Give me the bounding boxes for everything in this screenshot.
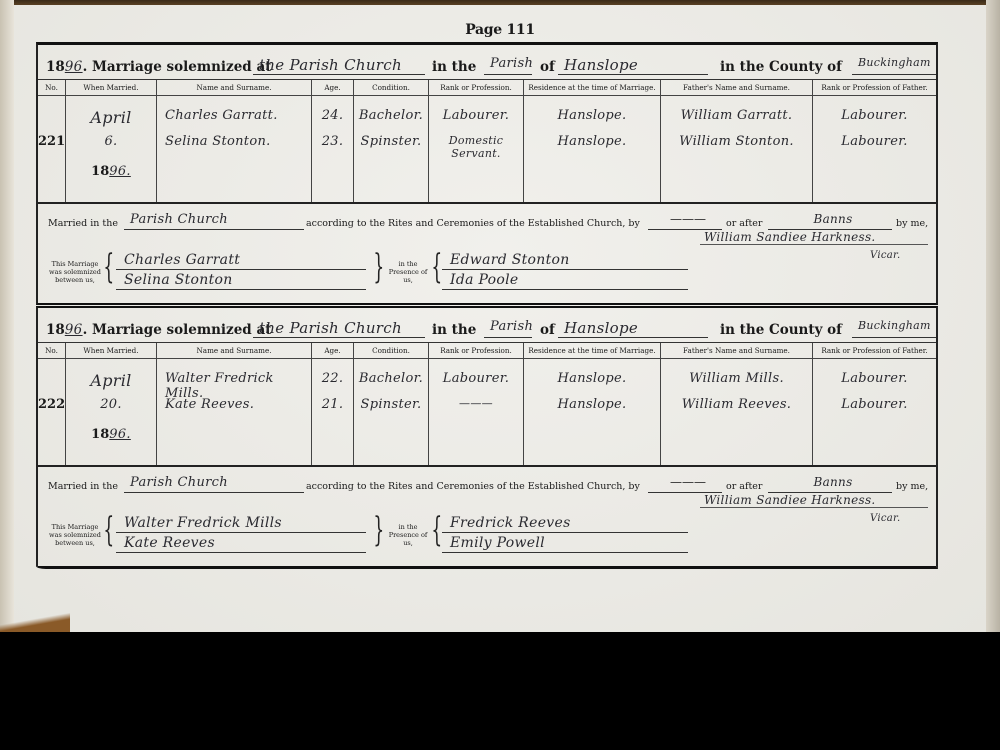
marriage-day: 20. bbox=[66, 397, 156, 412]
bride-name: Selina Stonton. bbox=[157, 134, 311, 149]
brace-left: { bbox=[103, 250, 114, 284]
groom-father: William Mills. bbox=[661, 371, 812, 386]
column-header: Father's Name and Surname. bbox=[661, 343, 812, 359]
column-number: No. 221 bbox=[38, 80, 66, 202]
groom-signature: Walter Fredrick Mills bbox=[116, 515, 366, 533]
column-father: Father's Name and Surname. William Mills… bbox=[661, 343, 813, 465]
by-licence-field: ——— bbox=[648, 475, 722, 493]
ceremony-section: Married in the Parish Church according t… bbox=[38, 202, 936, 306]
column-header: Condition. bbox=[354, 80, 428, 96]
entry-number: 222 bbox=[38, 397, 65, 412]
column-header: Rank or Profession of Father. bbox=[813, 80, 936, 96]
groom-signature: Charles Garratt bbox=[116, 252, 366, 270]
bride-signature: Selina Stonton bbox=[116, 272, 366, 290]
bride-father: William Stonton. bbox=[661, 134, 812, 149]
bride-father: William Reeves. bbox=[661, 397, 812, 412]
brace-right: } bbox=[373, 513, 384, 547]
parish-field: Hanslope bbox=[558, 53, 708, 75]
marriage-year: 1896. bbox=[66, 427, 156, 442]
ceremony-section: Married in the Parish Church according t… bbox=[38, 465, 936, 569]
parish-field: Hanslope bbox=[558, 316, 708, 338]
entry-table: No. 222 When Married. April 20. 1896. Na… bbox=[38, 342, 936, 464]
column-header: No. bbox=[38, 80, 65, 96]
bride-residence: Hanslope. bbox=[524, 397, 660, 412]
this-marriage-label: This Marriage was solemnized between us, bbox=[46, 260, 104, 284]
groom-condition: Bachelor. bbox=[354, 108, 428, 123]
district-type-field: Parish bbox=[484, 316, 532, 338]
groom-rank: Labourer. bbox=[429, 371, 523, 386]
marriage-entry-221: 1896. Marriage solemnized at the Parish … bbox=[36, 42, 938, 305]
column-father: Father's Name and Surname. William Garra… bbox=[661, 80, 813, 202]
bride-rank: Domestic Servant. bbox=[429, 134, 523, 160]
column-header: Residence at the time of Marriage. bbox=[524, 343, 660, 359]
place-field: the Parish Church bbox=[253, 316, 425, 338]
column-age: Age. 24. 23. bbox=[312, 80, 354, 202]
book-cover-corner bbox=[0, 612, 70, 632]
column-header: Name and Surname. bbox=[157, 343, 311, 359]
bride-father-rank: Labourer. bbox=[813, 134, 936, 149]
district-type-field: Parish bbox=[484, 53, 532, 75]
marriage-day: 6. bbox=[66, 134, 156, 149]
bride-name: Kate Reeves. bbox=[157, 397, 311, 412]
year-suffix: 96 bbox=[65, 322, 83, 338]
entry-table: No. 221 When Married. April 6. 1896. Nam… bbox=[38, 79, 936, 201]
presence-label: in the Presence of us, bbox=[386, 523, 430, 547]
column-residence: Residence at the time of Marriage. Hansl… bbox=[524, 343, 661, 465]
county-field: Buckingham bbox=[852, 53, 936, 75]
bride-condition: Spinster. bbox=[354, 397, 428, 412]
page-number: Page 111 bbox=[14, 22, 986, 38]
entry-number: 221 bbox=[38, 134, 65, 149]
marriage-month: April bbox=[66, 108, 156, 127]
column-header: Father's Name and Surname. bbox=[661, 80, 812, 96]
married-in-field: Parish Church bbox=[124, 212, 304, 230]
marriage-year: 1896. bbox=[66, 164, 156, 179]
bride-condition: Spinster. bbox=[354, 134, 428, 149]
book-edge-right bbox=[986, 0, 1000, 632]
this-marriage-label: This Marriage was solemnized between us, bbox=[46, 523, 104, 547]
witness-1-signature: Fredrick Reeves bbox=[442, 515, 688, 533]
county-field: Buckingham bbox=[852, 316, 936, 338]
marriage-month: April bbox=[66, 371, 156, 390]
column-header: Rank or Profession. bbox=[429, 343, 523, 359]
year-suffix: 96 bbox=[65, 59, 83, 75]
entry-title-line: 1896. Marriage solemnized at the Parish … bbox=[46, 53, 926, 77]
column-when-married: When Married. April 6. 1896. bbox=[66, 80, 157, 202]
ceremony-line: Married in the Parish Church according t… bbox=[48, 475, 928, 495]
officiant-signature: William Sandiee Harkness. bbox=[700, 230, 928, 245]
witness-2-signature: Ida Poole bbox=[442, 272, 688, 290]
groom-condition: Bachelor. bbox=[354, 371, 428, 386]
groom-father: William Garratt. bbox=[661, 108, 812, 123]
bride-rank: ——— bbox=[429, 397, 523, 410]
bride-age: 21. bbox=[312, 397, 353, 412]
column-condition: Condition. Bachelor. Spinster. bbox=[354, 80, 429, 202]
bride-signature: Kate Reeves bbox=[116, 535, 366, 553]
register-page: Page 111 1896. Marriage solemnized at th… bbox=[14, 5, 986, 632]
column-header: When Married. bbox=[66, 80, 156, 96]
married-in-field: Parish Church bbox=[124, 475, 304, 493]
column-father-rank: Rank or Profession of Father. Labourer. … bbox=[813, 343, 936, 465]
column-father-rank: Rank or Profession of Father. Labourer. … bbox=[813, 80, 936, 202]
column-header: Residence at the time of Marriage. bbox=[524, 80, 660, 96]
groom-age: 22. bbox=[312, 371, 353, 386]
witness-2-signature: Emily Powell bbox=[442, 535, 688, 553]
column-name: Name and Surname. Charles Garratt. Selin… bbox=[157, 80, 312, 202]
brace-witness: { bbox=[431, 513, 442, 547]
ceremony-line: Married in the Parish Church according t… bbox=[48, 212, 928, 232]
groom-father-rank: Labourer. bbox=[813, 371, 936, 386]
signatures: This Marriage was solemnized between us,… bbox=[46, 509, 926, 569]
groom-father-rank: Labourer. bbox=[813, 108, 936, 123]
column-condition: Condition. Bachelor. Spinster. bbox=[354, 343, 429, 465]
column-header: No. bbox=[38, 343, 65, 359]
groom-residence: Hanslope. bbox=[524, 108, 660, 123]
by-licence-field: ——— bbox=[648, 212, 722, 230]
or-after-field: Banns bbox=[768, 212, 892, 230]
column-header: Condition. bbox=[354, 343, 428, 359]
groom-residence: Hanslope. bbox=[524, 371, 660, 386]
brace-witness: { bbox=[431, 250, 442, 284]
column-header: Rank or Profession. bbox=[429, 80, 523, 96]
officiant-signature: William Sandiee Harkness. bbox=[700, 493, 928, 508]
brace-left: { bbox=[103, 513, 114, 547]
book-edge-left bbox=[0, 0, 14, 632]
column-header: Rank or Profession of Father. bbox=[813, 343, 936, 359]
presence-label: in the Presence of us, bbox=[386, 260, 430, 284]
bride-age: 23. bbox=[312, 134, 353, 149]
place-field: the Parish Church bbox=[253, 53, 425, 75]
column-header: Name and Surname. bbox=[157, 80, 311, 96]
background-black bbox=[0, 632, 1000, 750]
brace-right: } bbox=[373, 250, 384, 284]
groom-rank: Labourer. bbox=[429, 108, 523, 123]
bride-father-rank: Labourer. bbox=[813, 397, 936, 412]
column-header: When Married. bbox=[66, 343, 156, 359]
groom-name: Charles Garratt. bbox=[157, 108, 311, 123]
column-number: No. 222 bbox=[38, 343, 66, 465]
groom-age: 24. bbox=[312, 108, 353, 123]
entry-title-line: 1896. Marriage solemnized at the Parish … bbox=[46, 316, 926, 340]
column-rank: Rank or Profession. Labourer. Domestic S… bbox=[429, 80, 524, 202]
column-residence: Residence at the time of Marriage. Hansl… bbox=[524, 80, 661, 202]
signatures: This Marriage was solemnized between us,… bbox=[46, 246, 926, 306]
column-header: Age. bbox=[312, 80, 353, 96]
column-name: Name and Surname. Walter Fredrick Mills.… bbox=[157, 343, 312, 465]
column-age: Age. 22. 21. bbox=[312, 343, 354, 465]
witness-1-signature: Edward Stonton bbox=[442, 252, 688, 270]
column-rank: Rank or Profession. Labourer. ——— bbox=[429, 343, 524, 465]
column-when-married: When Married. April 20. 1896. bbox=[66, 343, 157, 465]
bride-residence: Hanslope. bbox=[524, 134, 660, 149]
or-after-field: Banns bbox=[768, 475, 892, 493]
column-header: Age. bbox=[312, 343, 353, 359]
marriage-entry-222: 1896. Marriage solemnized at the Parish … bbox=[36, 306, 938, 569]
